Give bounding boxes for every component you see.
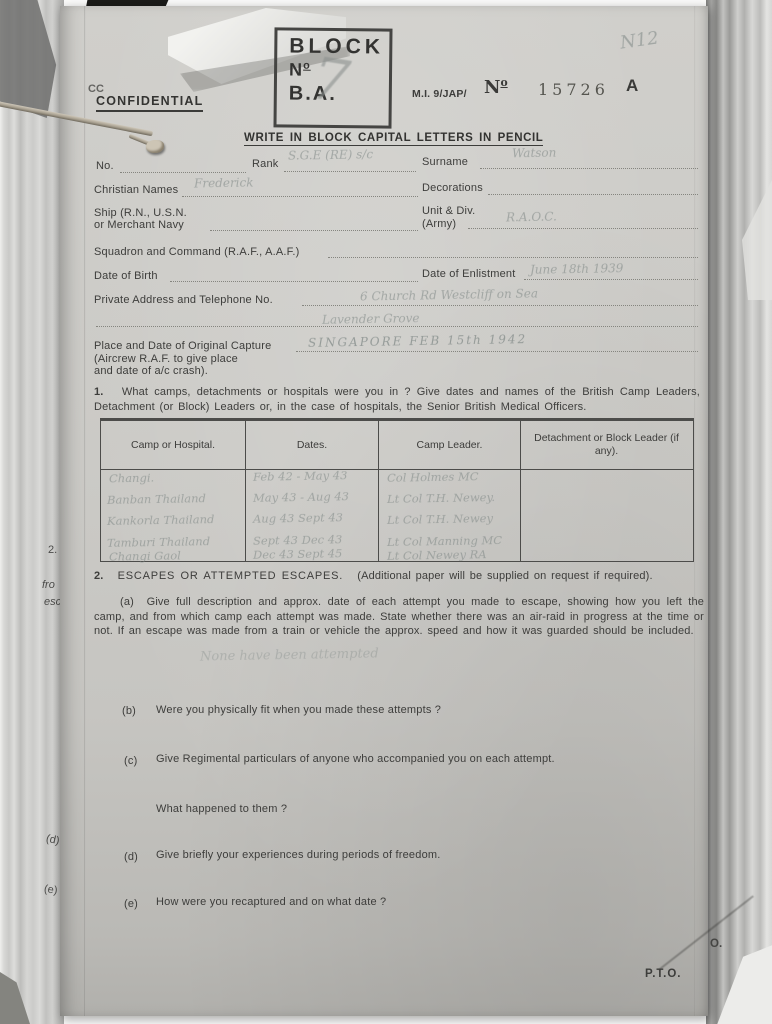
block-capitals-instruction: WRITE IN BLOCK CAPITAL LETTERS IN PENCIL [244,132,543,146]
question-2e-text: How were you recaptured and on what date… [156,896,386,908]
form-reference: M.I. 9/JAP/ [412,88,467,100]
surname-handwritten: Watson [512,146,557,161]
question-2d-text: Give briefly your experiences during per… [156,849,441,861]
rank-handwritten: S.G.E (RE) s/c [288,147,373,162]
capture-label-3: and date of a/c crash). [94,365,208,377]
serial-no-label: No [484,76,508,98]
table-row: Lt Col Newey RA [387,547,487,563]
string-knot [146,140,164,153]
address-line-1 [302,305,698,306]
enlistment-label: Date of Enlistment [422,268,515,280]
margin-fragment-e: (e) [43,883,58,897]
underlying-page-o-label: O. [710,938,722,950]
surname-field-line [480,168,698,169]
christian-names-label: Christian Names [94,184,178,196]
address-label: Private Address and Telephone No. [94,294,273,306]
rank-label: Rank [252,158,278,170]
rank-field-line [284,171,416,172]
header-camp-or-hospital: Camp or Hospital. [101,421,246,469]
ship-line [210,230,418,231]
enlistment-line [524,279,698,280]
question-2-note: (Additional paper will be supplied on re… [357,570,652,582]
table-row: Aug 43 Sept 43 [253,510,343,526]
question-2b-label: (b) [122,705,136,717]
table-row: May 43 - Aug 43 [253,489,349,505]
question-2c2-text: What happened to them ? [156,803,287,815]
table-row: Lt Col T.H. Newey [387,511,493,527]
unit-handwritten: R.A.O.C. [506,210,557,225]
address-line-2 [96,326,698,327]
unit-label-2: (Army) [422,218,456,230]
capture-label-1: Place and Date of Original Capture [94,340,271,352]
question-2c-label: (c) [124,755,137,767]
pto-label: P.T.O. [645,968,681,980]
question-2c-text: Give Regimental particulars of anyone wh… [156,753,555,765]
table-row: Col Holmes MC [387,469,479,485]
question-1-text: What camps, detachments or hospitals wer… [94,386,700,413]
capture-line [296,351,698,352]
questionnaire-page: CC CONFIDENTIAL BLOCK No B.A. 7 M.I. 9/J… [60,6,708,1016]
header-detachment-leader: Detachment or Block Leader (if any). [521,421,692,469]
question-2d-label: (d) [124,851,138,863]
ship-label-2: or Merchant Navy [94,219,184,231]
question-2-title: ESCAPES OR ATTEMPTED ESCAPES. [118,570,344,582]
question-2a: (a) Give full description and approx. da… [94,595,704,639]
question-2e-label: (e) [124,898,138,910]
table-row: Kankorla Thailand [107,512,215,528]
margin-fragment-fro: fro [42,579,55,591]
table-row: Dec 43 Sept 45 [253,546,343,562]
table-row: Banban Thailand [107,491,206,507]
escape-answer-handwritten: None have been attempted [200,646,379,664]
squadron-label: Squadron and Command (R.A.F., A.A.F.) [94,246,300,258]
unit-line [468,228,698,229]
ship-label-1: Ship (R.N., U.S.N. [94,207,187,219]
question-2a-label: (a) [120,596,134,608]
decorations-label: Decorations [422,182,483,194]
margin-fragment-2: 2. [48,544,57,556]
squadron-line [328,257,698,258]
left-page-stack-edges [0,0,64,1024]
question-1-number: 1. [94,386,103,398]
capture-handwritten: SINGAPORE FEB 15th 1942 [308,332,527,350]
scanned-document-scene: 2. fro esc (d) (e) CC CONFIDENTIAL BLOCK… [0,0,772,1024]
camp-table-header-row: Camp or Hospital. Dates. Camp Leader. De… [101,421,693,470]
dob-label: Date of Birth [94,270,158,282]
enlistment-handwritten: June 18th 1939 [530,261,624,277]
page-crease [694,6,696,1016]
address-handwritten-2: Lavender Grove [322,311,420,327]
margin-fragment-d: (d) [45,833,61,848]
question-2a-text: Give full description and approx. date o… [94,596,704,637]
christian-names-line [182,196,418,197]
dob-line [170,281,418,282]
no-field-line [120,172,246,173]
unit-label-1: Unit & Div. [422,205,475,217]
table-row: Lt Col T.H. Newey. [387,490,495,506]
capture-label-2: (Aircrew R.A.F. to give place [94,353,238,365]
table-row: Feb 42 - May 43 [253,468,348,484]
header-camp-leader: Camp Leader. [379,421,521,469]
series-letter: A [626,76,638,96]
serial-number: 15726 [538,80,609,99]
right-page-stack-edges [706,0,772,1024]
camp-table: Camp or Hospital. Dates. Camp Leader. De… [100,418,694,562]
table-row: Tamburi Thailand [107,534,210,550]
question-2b-text: Were you physically fit when you made th… [156,704,441,716]
surname-label: Surname [422,156,468,168]
confidential-label: CONFIDENTIAL [96,94,203,112]
margin-fragment-esc: esc [44,596,61,608]
table-row: Changi. [109,471,154,486]
no-label: No. [96,160,114,172]
question-2-heading: 2. ESCAPES OR ATTEMPTED ESCAPES. (Additi… [94,569,702,584]
question-1: 1. What camps, detachments or hospitals … [94,385,700,414]
address-handwritten-1: 6 Church Rd Westcliff on Sea [360,286,538,303]
decorations-line [488,194,698,195]
page-crease [84,6,86,1016]
table-row: Changi Gaol [109,548,181,563]
pencil-mark-n12: N12 [619,27,660,53]
header-dates: Dates. [246,421,379,469]
christian-names-handwritten: Frederick [194,175,254,190]
question-2-number: 2. [94,570,103,582]
